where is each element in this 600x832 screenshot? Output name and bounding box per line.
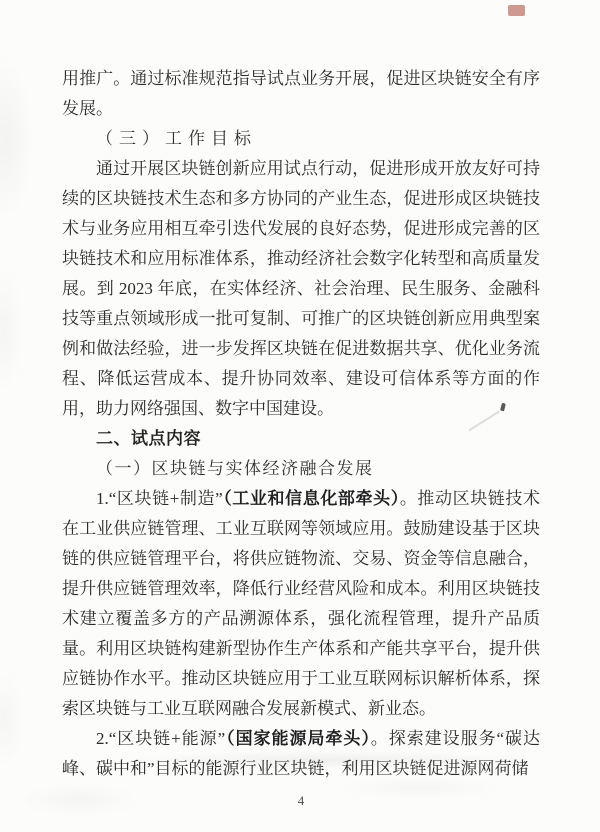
red-stamp-mark	[508, 5, 525, 16]
paragraph-blockchain-energy: 2.“区块链+能源”（国家能源局牵头）。探索建设服务“碳达峰、碳中和”目标的能源…	[62, 724, 540, 784]
lead-agency-manufacturing: （工业和信息化部牵头）	[223, 489, 400, 508]
paragraph-blockchain-manufacturing: 1.“区块链+制造”（工业和信息化部牵头）。推动区块链技术在工业供应链管理、工业…	[62, 484, 540, 724]
text-segment: 。推动区块链技术在工业供应链管理、工业互联网等领域应用。鼓励建设基于区块链的供应…	[62, 489, 540, 718]
heading-work-goals: （三）工作目标	[62, 124, 540, 154]
paragraph-continuation: 用推广。通过标准规范指导试点业务开展，促进区块链安全有序发展。	[62, 64, 540, 124]
text-segment: 2.“区块链+能源”	[96, 729, 225, 748]
text-segment: （三）工作目标	[96, 129, 257, 148]
lead-agency-energy: （国家能源局牵头）	[225, 729, 371, 748]
scanned-document-page: 用推广。通过标准规范指导试点业务开展，促进区块链安全有序发展。 （三）工作目标 …	[0, 0, 600, 832]
paragraph-work-goals: 通过开展区块链创新应用试点行动，促进形成开放友好可持续的区块链技术生态和多方协同…	[62, 154, 540, 424]
heading-section-one: （一）区块链与实体经济融合发展	[62, 454, 540, 484]
text-segment: 1.“区块链+制造”	[96, 489, 223, 508]
text-segment: 通过开展区块链创新应用试点行动，促进形成开放友好可持续的区块链技术生态和多方协同…	[62, 159, 540, 418]
text-segment: 用推广。通过标准规范指导试点业务开展，促进区块链安全有序发展。	[62, 69, 540, 118]
page-number: 4	[62, 793, 540, 809]
text-segment: （一）区块链与实体经济融合发展	[96, 459, 374, 478]
document-text-block: 用推广。通过标准规范指导试点业务开展，促进区块链安全有序发展。 （三）工作目标 …	[62, 64, 540, 784]
text-segment: 二、试点内容	[96, 429, 201, 448]
